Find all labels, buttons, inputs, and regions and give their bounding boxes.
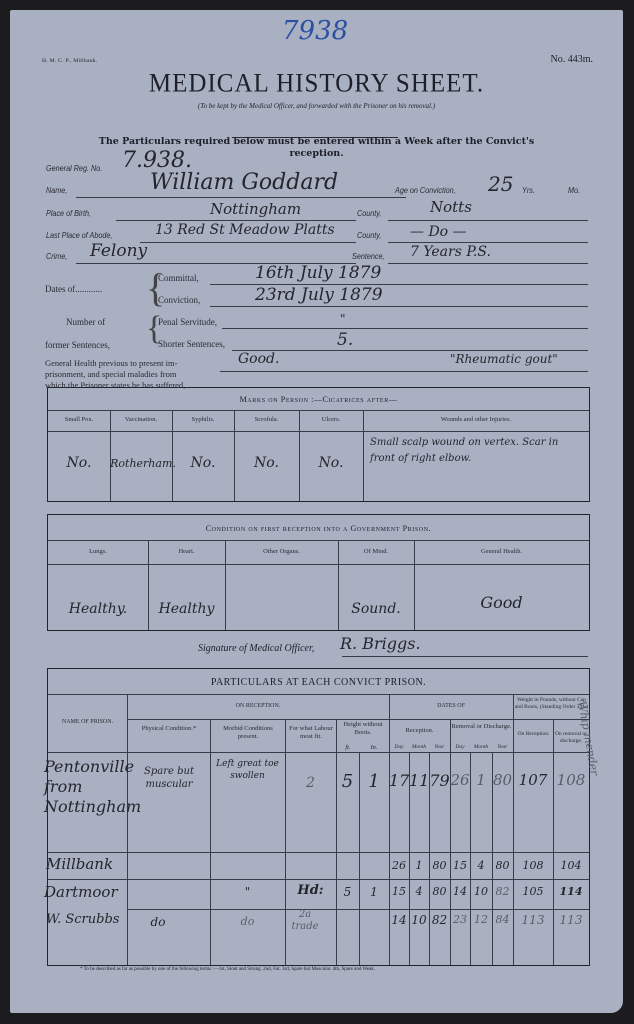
medical-history-sheet: H. M. C. P., Millbank. No. 443m. 7938 ME… xyxy=(10,10,623,1013)
sentence-label: Sentence, xyxy=(352,251,385,261)
birth-label: Place of Birth, xyxy=(46,208,91,218)
row2-reception-day: 26 xyxy=(389,859,409,872)
row2-removal-day: 15 xyxy=(450,859,470,872)
sentence-value: 7 Years P.S. xyxy=(410,244,491,260)
labour-header: For what Labour most fit. xyxy=(287,725,335,742)
number-of-label: Number of xyxy=(66,317,105,327)
col-of-mind: Of Mind. xyxy=(338,548,414,556)
syphilis-value: No. xyxy=(172,455,234,471)
col-vaccination: Vaccination. xyxy=(110,416,172,424)
row3-removal-month: 10 xyxy=(470,885,492,898)
row4-weight-on: 113 xyxy=(513,913,553,927)
general-health-value: Good xyxy=(414,593,589,612)
page-subtitle: (To be kept by the Medical Officer, and … xyxy=(10,102,623,110)
in-header: In. xyxy=(359,744,389,752)
row2-weight-off: 104 xyxy=(553,859,589,872)
row1-reception-year: 79 xyxy=(429,771,450,790)
convict-prison-title: PARTICULARS AT EACH CONVICT PRISON. xyxy=(48,677,589,688)
conviction-label: Conviction, xyxy=(158,295,200,305)
row4-removal-month: 12 xyxy=(470,913,492,926)
row4-removal-year: 84 xyxy=(492,913,513,926)
lungs-value: Healthy. xyxy=(48,601,148,617)
row1-weight-off: 108 xyxy=(553,771,589,789)
row2-prison: Millbank xyxy=(46,855,113,873)
row1-reception-month: 11 xyxy=(409,771,429,790)
maladies-value: "Rheumatic gout" xyxy=(450,352,558,366)
page-title: MEDICAL HISTORY SHEET. xyxy=(10,69,623,98)
committal-date: 16th July 1879 xyxy=(255,263,381,283)
reception-year-header: Year xyxy=(429,744,450,751)
row1-removal-month: 1 xyxy=(470,771,492,789)
row2-removal-year: 80 xyxy=(492,859,513,872)
marks-on-person-table: Marks on Person :—Cicatrices after— Smal… xyxy=(47,387,590,502)
reception-day-header: Day xyxy=(389,744,409,751)
row2-removal-month: 4 xyxy=(470,859,492,872)
abode-county-label: County, xyxy=(357,230,381,240)
row1-labour: 2 xyxy=(285,775,336,791)
vaccination-value: Rotherham. xyxy=(110,457,176,470)
row1-in: 1 xyxy=(359,771,389,792)
row4-prison: W. Scrubbs xyxy=(46,912,119,927)
annotation-top-number: 7938 xyxy=(282,16,348,46)
row3-morbid: " xyxy=(210,885,285,899)
row4-reception-year: 82 xyxy=(429,913,450,927)
row4-removal-day: 23 xyxy=(450,913,470,926)
col-scrofula: Scrofula. xyxy=(234,416,299,424)
committal-label: Committal, xyxy=(158,273,199,283)
ft-header: ft. xyxy=(337,744,359,752)
row4-labour: 2a trade xyxy=(285,909,325,933)
marks-title: Marks on Person :—Cicatrices after— xyxy=(48,395,589,404)
shorter-sentences-value: 5. xyxy=(337,330,353,350)
scrofula-value: No. xyxy=(234,455,299,471)
row4-morbid: do xyxy=(210,915,285,928)
signature-label: Signature of Medical Officer, xyxy=(198,643,314,654)
row3-removal-year: 82 xyxy=(492,885,513,898)
prisoner-name: William Goddard xyxy=(150,170,338,195)
row3-prison: Dartmoor xyxy=(44,883,118,901)
small-pox-value: No. xyxy=(48,455,110,471)
height-header: Height without Boots. xyxy=(337,721,389,738)
dates-of-header: DATES OF xyxy=(389,703,513,711)
physical-condition-header: Physical Condition.* xyxy=(132,725,206,733)
printer-imprint: H. M. C. P., Millbank. xyxy=(42,58,98,64)
row1-prison: Pentonville from Nottingham xyxy=(44,757,130,817)
morbid-conditions-header: Morbid Conditions present. xyxy=(214,725,282,742)
row3-reception-day: 15 xyxy=(389,885,409,898)
row1-ft: 5 xyxy=(336,771,359,792)
birth-value: Nottingham xyxy=(210,200,301,218)
former-sentences-label: former Sentences, xyxy=(45,340,110,350)
convict-prison-table: PARTICULARS AT EACH CONVICT PRISON. NAME… xyxy=(47,668,590,966)
birth-county-value: Notts xyxy=(430,198,472,216)
age-label: Age on Conviction, xyxy=(395,185,456,195)
col-other-organs: Other Organs. xyxy=(225,548,338,556)
abode-label: Last Place of Abode, xyxy=(46,230,112,240)
shorter-sentences-label: Shorter Sentences, xyxy=(158,339,225,349)
heart-value: Healthy xyxy=(148,601,225,617)
removal-year-header: Year xyxy=(492,744,513,751)
instruction-line-1: The Particulars required below must be e… xyxy=(10,136,623,147)
mo-label: Mo. xyxy=(568,185,580,195)
row3-ft: 5 xyxy=(336,885,359,899)
row1-removal-year: 80 xyxy=(492,771,513,789)
medical-officer-signature: R. Briggs. xyxy=(340,634,421,653)
dates-of-label: Dates of............ xyxy=(45,284,102,294)
removal-day-header: Day xyxy=(450,744,470,751)
row4-physical: do xyxy=(128,915,188,929)
penal-servitude-value: " xyxy=(340,312,346,326)
col-wounds: Wounds and other Injuries. xyxy=(363,416,589,424)
crime-label: Crime, xyxy=(46,251,67,261)
instruction-line-2: reception. xyxy=(10,148,623,159)
abode-value: 13 Red St Meadow Platts xyxy=(155,222,335,238)
yrs-label: Yrs. xyxy=(522,185,535,195)
penal-servitude-label: Penal Servitude, xyxy=(158,317,217,327)
col-heart: Heart. xyxy=(148,548,225,556)
row1-morbid: Left great toe swollen xyxy=(210,759,285,782)
row1-weight-on: 107 xyxy=(513,771,553,789)
row4-reception-month: 10 xyxy=(409,913,429,927)
row3-reception-year: 80 xyxy=(429,885,450,898)
removal-header: Removal or Discharge. xyxy=(450,723,513,731)
wounds-value: Small scalp wound on vertex. Scar in fro… xyxy=(370,435,580,467)
removal-month-header: Month xyxy=(470,744,492,751)
row3-removal-day: 14 xyxy=(450,885,470,898)
condition-title: Condition on first reception into a Gove… xyxy=(48,524,589,533)
health-value: Good. xyxy=(238,351,279,367)
reception-header: Reception. xyxy=(389,727,450,735)
abode-county-value: — Do — xyxy=(410,224,467,240)
row2-weight-on: 108 xyxy=(513,859,553,872)
on-reception-header: ON RECEPTION. xyxy=(127,703,389,711)
col-lungs: Lungs. xyxy=(48,548,148,556)
general-reg-label: General Reg. No. xyxy=(46,163,102,173)
birth-county-label: County, xyxy=(357,208,381,218)
health-label-1: General Health previous to present im- xyxy=(45,358,177,368)
row3-labour: Hd: xyxy=(285,883,336,898)
col-small-pox: Small Pox. xyxy=(48,416,110,424)
row2-reception-month: 1 xyxy=(409,859,429,872)
row3-weight-on: 105 xyxy=(513,885,553,898)
row3-reception-month: 4 xyxy=(409,885,429,898)
name-of-prison-header: NAME OF PRISON. xyxy=(48,719,127,727)
row2-reception-year: 80 xyxy=(429,859,450,872)
col-syphilis: Syphilis. xyxy=(172,416,234,424)
row1-removal-day: 26 xyxy=(450,771,470,789)
row4-reception-day: 14 xyxy=(389,913,409,927)
row1-physical: Spare but muscular xyxy=(128,765,210,791)
weight-on-reception-header: On Reception. xyxy=(514,731,553,738)
form-number: No. 443m. xyxy=(551,54,594,65)
row3-in: 1 xyxy=(359,885,389,899)
row4-weight-off: 113 xyxy=(553,913,589,927)
conviction-date: 23rd July 1879 xyxy=(255,285,383,305)
col-ulcers: Ulcers. xyxy=(299,416,363,424)
crime-value: Felony xyxy=(90,241,147,261)
row3-weight-off: 114 xyxy=(553,885,589,898)
of-mind-value: Sound. xyxy=(338,601,414,617)
condition-table: Condition on first reception into a Gove… xyxy=(47,514,590,631)
ulcers-value: No. xyxy=(299,455,363,471)
footnote: * To be described as far as possible by … xyxy=(80,967,375,972)
reception-month-header: Month xyxy=(409,744,429,751)
name-label: Name, xyxy=(46,185,67,195)
row1-reception-day: 17 xyxy=(389,771,409,790)
health-label-2: prisonment, and special maladies from xyxy=(45,369,176,379)
col-general-health: General Health. xyxy=(414,548,589,556)
age-value: 25 xyxy=(488,172,513,196)
